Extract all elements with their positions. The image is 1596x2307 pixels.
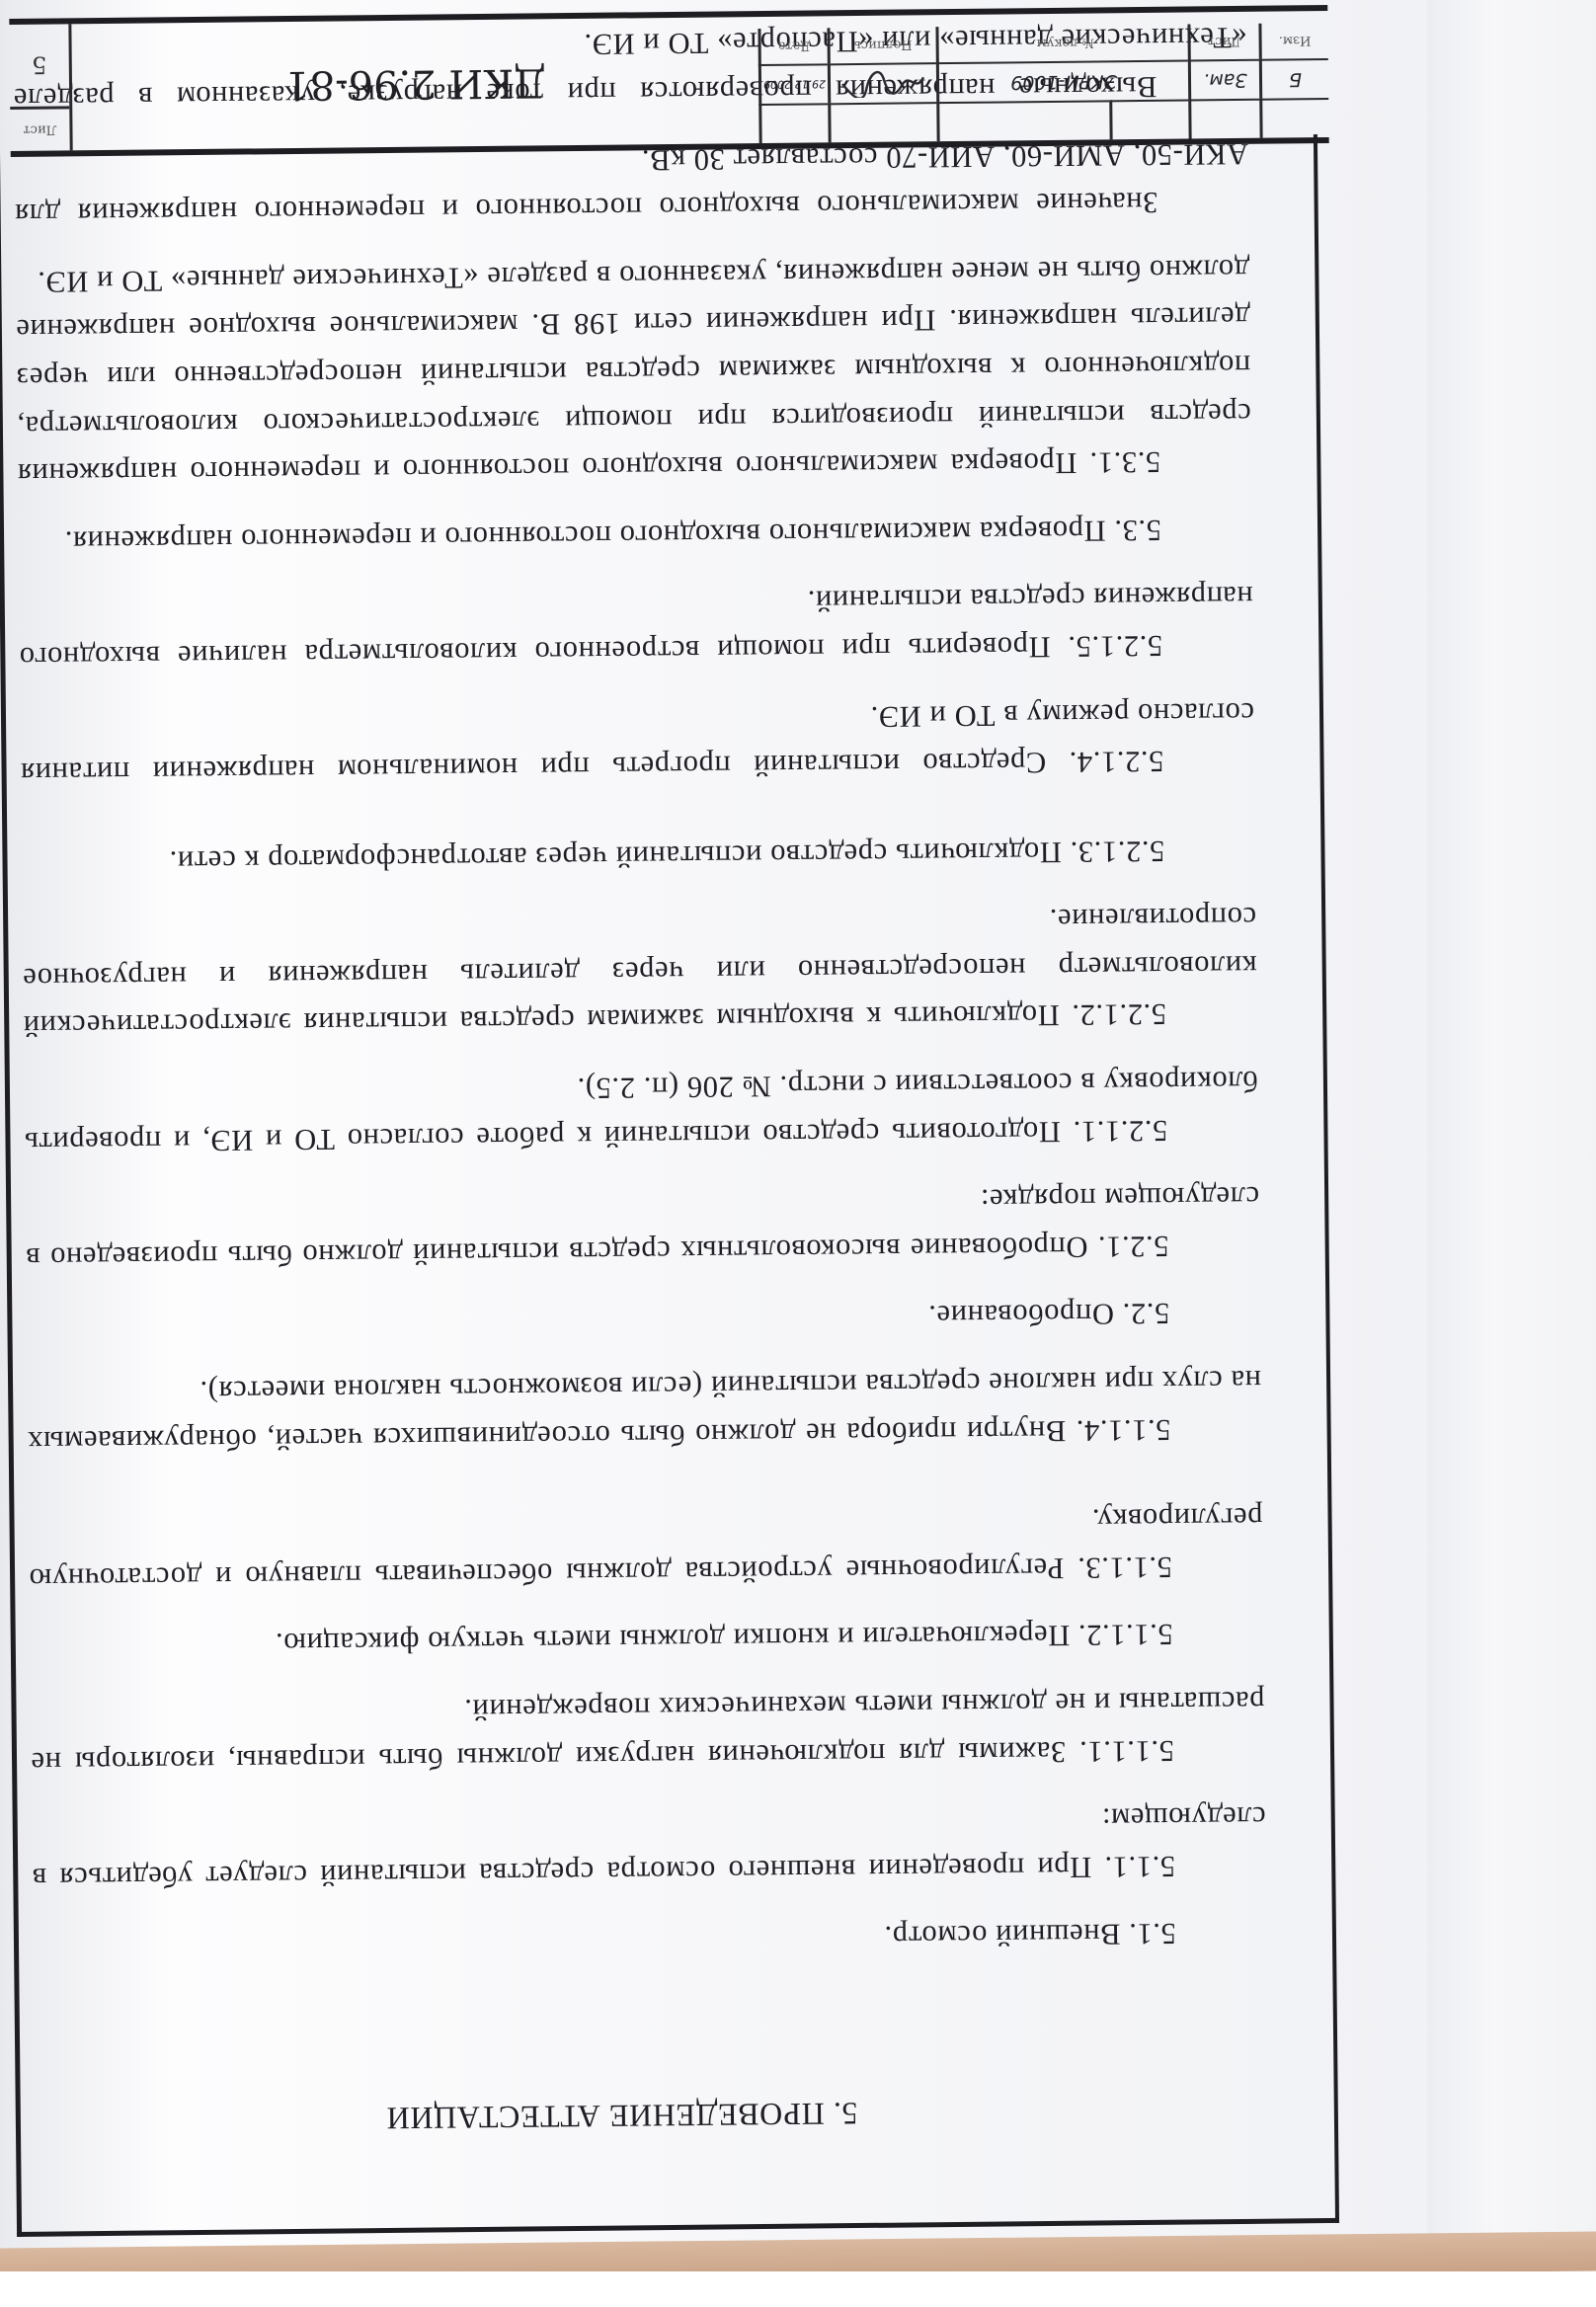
paragraph-5-2-1-3: 5.2.1.3. Подключить средство испытаний ч… (21, 826, 1255, 887)
paragraph-5-1: 5.1. Внешний осмотр. (33, 1909, 1267, 1970)
header-doc-number: № докум. (935, 25, 1187, 63)
revision-change-value: Б (1259, 58, 1328, 99)
revision-doc-number-value: ЭКРИ-1009 (936, 59, 1188, 102)
title-block: Б Зам. ЭКРИ-1009 29.12 2009 Изм. Лист № … (9, 5, 1328, 157)
header-signature: Подпись (827, 27, 935, 63)
signature-icon (838, 69, 927, 98)
paragraph-5-1-1-3: 5.1.1.3. Регулировочные устройства должн… (28, 1494, 1263, 1603)
paragraph-5-2-1-5: 5.2.1.5. Проверить при помощи встроенног… (19, 573, 1254, 681)
revision-empty-cell (1259, 98, 1328, 138)
header-sheet: Лист (1187, 24, 1258, 60)
paragraph-5-2-1-4: 5.2.1.4. Средство испытаний прогреть при… (20, 688, 1255, 797)
header-date: Дата (758, 28, 827, 64)
revision-empty-cell (1109, 99, 1188, 139)
revision-empty-cell (936, 100, 1109, 141)
paragraph-5-2-1-2: 5.2.1.2. Подключить к выходным зажимам с… (22, 894, 1257, 1051)
sheet-number-box: Лист 5 (9, 24, 69, 151)
revision-empty-cell (1188, 99, 1259, 139)
revision-empty-cell (828, 102, 936, 142)
revision-signature (828, 62, 936, 103)
paragraph-5-2-1: 5.2.1. Опробование высоковольтных средст… (25, 1173, 1260, 1282)
paragraph-5-3: 5.3. Проверка максимального выходного по… (18, 505, 1252, 566)
paragraph-5-3-1: 5.3.1. Проверка максимального выходного … (15, 245, 1251, 498)
sheet-number-label: Лист (10, 106, 69, 151)
paragraph-5-1-1-2: 5.1.1.2. Переключатели и кнопки должны и… (30, 1610, 1264, 1671)
page-body: 5. ПРОВЕДЕНИЕ АТТЕСТАЦИИ 5.1. Внешний ос… (13, 14, 1269, 2146)
sheet-number: 5 (9, 24, 69, 107)
paragraph-5-2-1-1: 5.2.1.1. Подготовить средство испытаний … (24, 1058, 1259, 1166)
revision-table: Б Зам. ЭКРИ-1009 29.12 2009 Изм. Лист № … (758, 11, 1328, 143)
revision-date-value: 29.12 2009 (758, 63, 828, 104)
paragraph-5-1-1-4: 5.1.1.4. Внутри прибора не должно быть о… (27, 1357, 1262, 1466)
document-page: 5. ПРОВЕДЕНИЕ АТТЕСТАЦИИ 5.1. Внешний ос… (0, 0, 1427, 2252)
scan-margin (0, 2271, 1596, 2307)
revision-sheet-value: Зам. (1188, 59, 1259, 100)
revision-empty-cell (758, 103, 828, 143)
paragraph-5-1-1-1: 5.1.1.1. Зажимы для подключения нагрузки… (30, 1677, 1265, 1786)
paragraph-5-1-1: 5.1.1. При проведении внешнего осмотра с… (31, 1793, 1266, 1902)
paragraph-5-2: 5.2. Опробование. (26, 1289, 1260, 1350)
header-change: Изм. (1258, 23, 1327, 59)
adjacent-sheet-edge (1427, 0, 1596, 2307)
document-designation: ДКИ 2.96-81 (68, 17, 758, 150)
